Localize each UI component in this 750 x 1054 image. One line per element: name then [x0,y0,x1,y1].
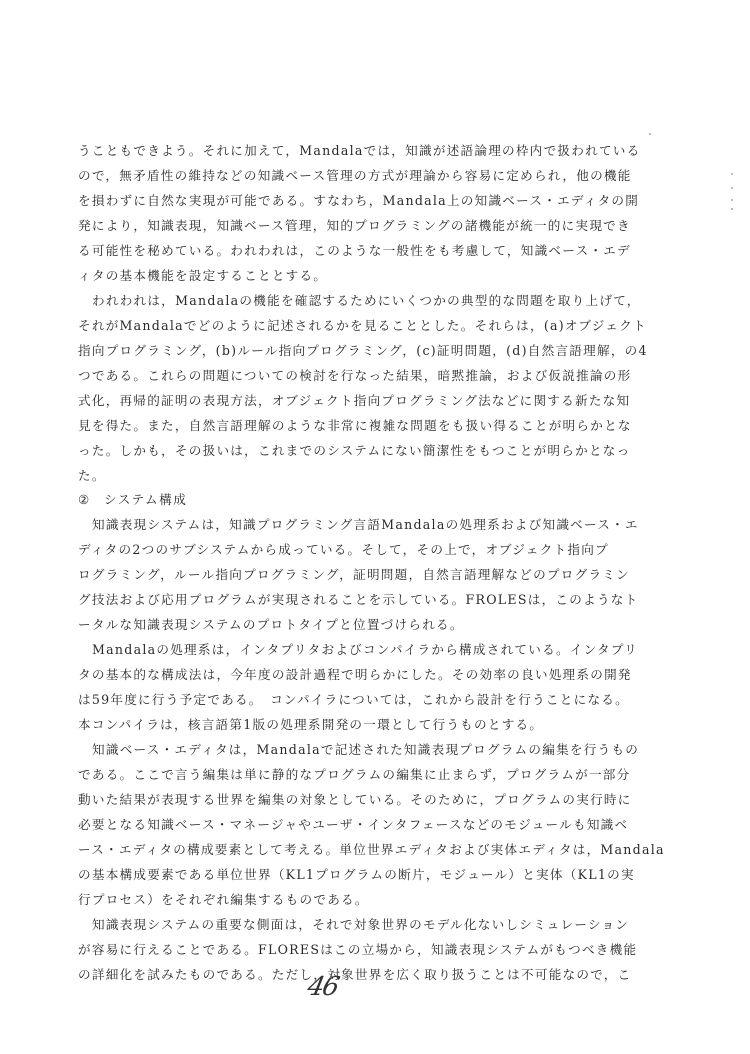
text-line: ース・エディタの構成要素として考える。単位世界エディタおよび実体エディタは，Ma… [78,838,600,862]
text-line: ディタの2つのサブシステムから成っている。そして，その上で，オブジェクト指向プ [78,538,600,562]
text-line: である。ここで言う編集は単に静的なプログラムの編集に止まらず，プログラムが一部分 [78,763,600,787]
text-line: 発により，知識表現，知識ベース管理，知的プログラミングの諸機能が統一的に実現でき [78,214,600,238]
text-line: る可能性を秘めている。われわれは，このような一般性をも考慮して，知識ベース・エデ [78,239,600,263]
text-line: うこともできよう。それに加えて，Mandalaでは，知識が述語論理の枠内で扱われ… [78,139,600,163]
section-number: ② [78,488,104,512]
document-page: うこともできよう。それに加えて，Mandalaでは，知識が述語論理の枠内で扱われ… [0,0,750,1054]
scan-speck [731,199,733,201]
scan-speck [649,133,651,135]
text-line: が容易に行えることである。FLORESはこの立場から，知識表現システムがもつべき… [78,938,600,962]
text-line: 行プロセス）をそれぞれ編集するものである。 [78,888,600,912]
page-number: 46 [305,972,340,1002]
text-line: の基本構成要素である単位世界（KL1プログラムの断片，モジュール）と実体（KL1… [78,863,600,887]
text-line: 本コンパイラは，核言語第1版の処理系開発の一環として行うものとする。 [78,713,600,737]
text-line: ータルな知識表現システムのプロトタイプと位置づけられる。 [78,613,600,637]
text-line: った。しかも，その扱いは，これまでのシステムにない簡潔性をもつことが明らかとなっ [78,439,600,463]
text-line: われわれは，Mandalaの機能を確認するためにいくつかの典型的な問題を取り上げ… [92,289,600,313]
text-line: 必要となる知識ベース・マネージャやユーザ・インタフェースなどのモジュールも知識ベ [78,813,600,837]
text-line: 式化，再帰的証明の表現方法，オブジェクト指向プログラミング法などに関する新たな知 [78,389,600,413]
text-line: つである。これらの問題についての検討を行なった結果，暗黙推論，および仮説推論の形 [78,364,600,388]
section-heading: ②システム構成 [78,488,187,512]
text-line: 知識ベース・エディタは，Mandalaで記述された知識表現プログラムの編集を行う… [92,738,600,762]
text-line: ログラミング，ルール指向プログラミング，証明問題，自然言語理解などのプログラミン [78,563,600,587]
text-line: た。 [78,464,600,488]
text-line: グ技法および応用プログラムが実現されることを示している。FROLESは，このよう… [78,588,600,612]
scan-speck [731,208,733,210]
scan-speck [731,187,733,189]
text-line: 動いた結果が表現する世界を編集の対象としている。そのために，プログラムの実行時に [78,788,600,812]
text-line: 見を得た。また，自然言語理解のような非常に複雑な問題をも扱い得ることが明らかとな [78,414,600,438]
text-line: それがMandalaでどのように記述されるかを見ることとした。それらは，(a)オ… [78,314,600,338]
text-line: 知識表現システムの重要な側面は，それで対象世界のモデル化ないしシミュレーション [92,913,600,937]
text-line: 指向プログラミング，(b)ルール指向プログラミング，(c)証明問題，(d)自然言… [78,339,600,363]
text-line: タの基本的な構成法は，今年度の設計過程で明らかにした。その効率の良い処理系の開発 [78,663,600,687]
text-line: は59年度に行う予定である。 コンパイラについては，これから設計を行うことになる… [78,688,600,712]
text-line: ので，無矛盾性の維持などの知識ベース管理の方式が理論から容易に定められ，他の機能 [78,164,600,188]
text-line: を損わずに自然な実現が可能である。すなわち，Mandala上の知識ベース・エディ… [78,189,600,213]
scan-speck [731,173,733,175]
section-title: システム構成 [104,492,187,507]
text-line: Mandalaの処理系は，インタプリタおよびコンパイラから構成されている。インタ… [92,638,600,662]
text-line: ィタの基本機能を設定することとする。 [78,264,600,288]
text-line: 知識表現システムは，知識プログラミング言語Mandalaの処理系および知識ベース… [92,513,600,537]
